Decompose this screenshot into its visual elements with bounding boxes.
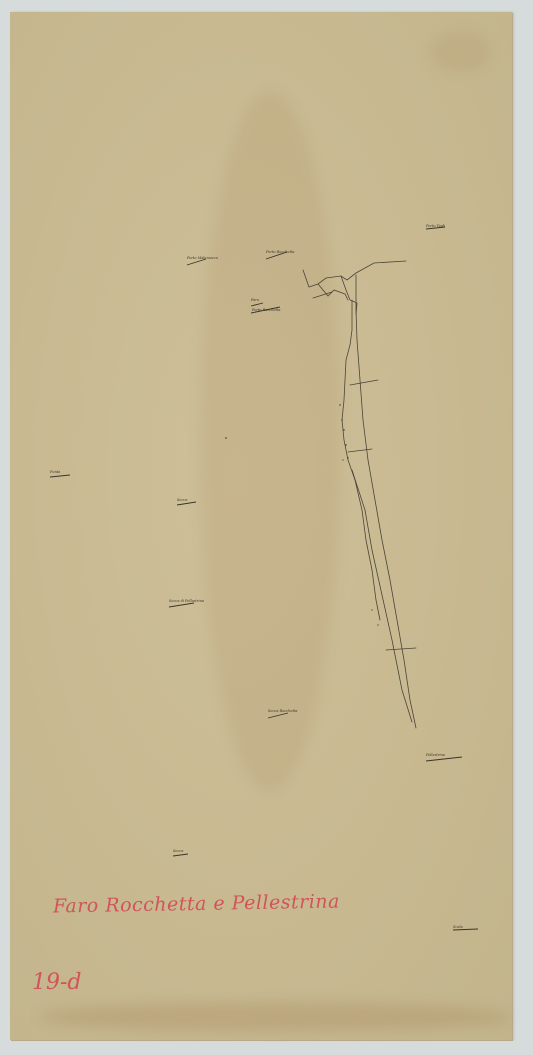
place-label: Porto Rocchetta bbox=[266, 250, 295, 254]
place-label: Secca di Pellestrina bbox=[169, 599, 204, 603]
place-label: Porto Tagli bbox=[426, 224, 445, 228]
place-label: Pellestrina bbox=[426, 753, 445, 757]
place-label: Scala bbox=[453, 925, 463, 929]
inner-coastline bbox=[342, 300, 380, 620]
place-label: Secca Rocchetta bbox=[268, 709, 297, 713]
place-label: Faro bbox=[251, 298, 259, 302]
harbor-outline bbox=[303, 261, 406, 287]
sheet-number: 19-d bbox=[32, 970, 82, 995]
place-label: Punta bbox=[50, 470, 60, 474]
place-label: Secca bbox=[177, 498, 187, 502]
place-label: Porto Malamocco bbox=[187, 256, 218, 260]
outer-coastline bbox=[356, 275, 416, 728]
place-label: Forte Rocchetta bbox=[252, 308, 281, 312]
label-strokes bbox=[50, 227, 478, 930]
place-label: Secca bbox=[173, 849, 183, 853]
